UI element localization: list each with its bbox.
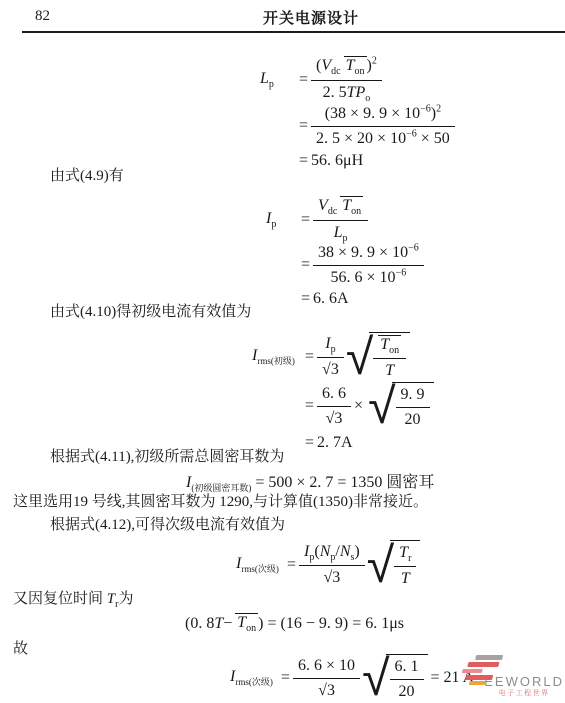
equals-sign: = xyxy=(301,290,310,308)
numerator: 9. 9 xyxy=(396,384,430,408)
math-exp: −6 xyxy=(420,103,431,114)
logo-bar-red xyxy=(467,662,499,667)
equals-sign: = xyxy=(301,211,310,229)
equals-sign: = xyxy=(305,434,314,452)
overline-ton: Ton xyxy=(378,335,401,356)
text-eq412: 根据式(4.12),可得次级电流有效值为 xyxy=(50,515,285,535)
logo-bar-gray xyxy=(475,655,503,660)
math-sub: r xyxy=(408,553,411,564)
equals-sign: = xyxy=(299,117,308,135)
text-segment: 又因复位时间 xyxy=(13,591,107,607)
fraction: Ip(Np/Ns) √3 xyxy=(299,541,365,589)
equation-ip: Ip = VdcTon Lp = 38 × 9. 9 × 10−6 56. 6 … xyxy=(266,197,424,311)
math-sub: on xyxy=(246,624,256,635)
fraction: 6. 1 20 xyxy=(390,656,424,703)
logo-title: EEWORLD xyxy=(484,675,564,689)
math-num: 2. 5 xyxy=(323,84,347,101)
math-sub: on xyxy=(389,345,399,356)
math-num: (0. 8 xyxy=(185,615,214,633)
numerator: 6. 1 xyxy=(390,656,424,680)
math-sub: p xyxy=(271,219,276,230)
equals-sign: = xyxy=(305,348,314,366)
fraction: Tr T xyxy=(394,542,416,590)
book-page: 82 开关电源设计 Lp = (VdcTon)2 2. 5TPo = (38 ×… xyxy=(0,0,565,703)
numerator: Tr xyxy=(394,542,416,567)
denominator: 20 xyxy=(390,680,424,703)
math-lhs: I(初级圆密耳数) xyxy=(186,474,251,491)
math-sub: rms(次级) xyxy=(235,678,273,688)
lp-line-3: = 56. 6μH xyxy=(260,149,455,173)
numerator: (VdcTon)2 xyxy=(311,55,382,80)
math-sub: on xyxy=(355,67,365,78)
lp-line-2: = (38 × 9. 9 × 10−6)2 2. 5 × 20 × 10−6 ×… xyxy=(260,103,455,149)
math-num: 2. 5 × 20 × 10 xyxy=(316,130,406,147)
math-var: TP xyxy=(347,84,366,101)
math-exp: −6 xyxy=(396,267,407,278)
denominator: 20 xyxy=(396,408,430,431)
lp-line-1: Lp = (VdcTon)2 2. 5TPo xyxy=(260,57,455,103)
denominator: 56. 6 × 10−6 xyxy=(313,266,424,289)
math-sub: p xyxy=(331,344,336,355)
math-result: 2. 7A xyxy=(317,434,353,452)
numerator: 6. 6 × 10 xyxy=(293,655,360,679)
overline-ton: Ton xyxy=(235,613,258,634)
logo-bar-orange xyxy=(469,681,486,685)
ip-line-1: Ip = VdcTon Lp xyxy=(266,197,424,243)
reset-line: (0. 8T − Ton) = (16 − 9. 9) = 6. 1μs xyxy=(185,611,404,637)
math-var: N xyxy=(340,543,351,560)
fraction: VdcTon Lp xyxy=(313,195,368,244)
math-sup: 2 xyxy=(436,103,441,114)
math-lhs: Irms(初级) xyxy=(252,347,302,366)
numerator: Ip(Np/Ns) xyxy=(299,541,365,566)
math-lhs: Irms(次级) xyxy=(230,668,278,687)
numerator: (38 × 9. 9 × 10−6)2 xyxy=(311,103,455,127)
math-exp: −6 xyxy=(406,128,417,139)
final-line: Irms(次级) = 6. 6 × 10 √3 √ 6. 1 20 = 21 A xyxy=(230,654,477,702)
paren: ) xyxy=(354,543,359,560)
sqrt: √ 6. 1 20 xyxy=(362,654,427,703)
sqrt: √ Tr T xyxy=(367,540,421,590)
math-lhs: Irms(次级) xyxy=(236,555,284,574)
page-number: 82 xyxy=(35,8,50,25)
ip-line-2: = 38 × 9. 9 × 10−6 56. 6 × 10−6 xyxy=(266,243,424,287)
equation-lp: Lp = (VdcTon)2 2. 5TPo = (38 × 9. 9 × 10… xyxy=(260,57,455,173)
denominator: √3 xyxy=(299,566,365,589)
math-result: 56. 6μH xyxy=(311,152,363,170)
logo-subtitle: 电子工程世界 xyxy=(484,689,564,698)
text-eq410: 由式(4.10)得初级电流有效值为 xyxy=(50,302,251,322)
math-sub: rms(次级) xyxy=(241,565,279,575)
fraction: (38 × 9. 9 × 10−6)2 2. 5 × 20 × 10−6 × 5… xyxy=(311,103,455,150)
irms1-line-2: = 6. 6 √3 × √ 9. 9 20 xyxy=(252,381,434,431)
math-sub: rms(初级) xyxy=(257,357,295,367)
math-sub: dc xyxy=(328,207,337,218)
text-reset-time: 又因复位时间 Tr为 xyxy=(13,589,133,610)
text-segment: 为 xyxy=(118,591,133,607)
header-rule xyxy=(22,31,565,33)
math-var: V xyxy=(318,197,328,214)
fraction: (VdcTon)2 2. 5TPo xyxy=(311,55,382,104)
math-sub: dc xyxy=(331,67,340,78)
numerator: Ton xyxy=(373,334,406,359)
denominator: √3 xyxy=(293,679,360,702)
math-var: T xyxy=(380,336,389,353)
numerator: 38 × 9. 9 × 10−6 xyxy=(313,242,424,266)
equation-reset-time: (0. 8T − Ton) = (16 − 9. 9) = 6. 1μs xyxy=(185,611,404,637)
numerator: VdcTon xyxy=(313,195,368,220)
math-var: T xyxy=(401,570,410,587)
text-wire-choice: 这里选用19 号线,其圆密耳数为 1290,与计算值(1350)非常接近。 xyxy=(13,492,428,512)
equals-sign: = xyxy=(281,669,290,687)
equals-sign: = xyxy=(299,152,308,170)
math-exp: −6 xyxy=(408,242,419,253)
text-eq411: 根据式(4.11),初级所需总圆密耳数为 xyxy=(50,447,284,467)
math-num: × 50 xyxy=(417,130,450,147)
ip-line-3: = 6. 6A xyxy=(266,287,424,311)
math-var: T xyxy=(342,197,351,214)
equation-irms-primary: Irms(初级) = Ip √3 √ Ton T = 6. 6 xyxy=(252,333,434,455)
math-var: N xyxy=(320,543,331,560)
fraction: 38 × 9. 9 × 10−6 56. 6 × 10−6 xyxy=(313,242,424,289)
denominator: √3 xyxy=(317,407,351,430)
denominator: √3 xyxy=(317,358,344,381)
logo-bar-lightred xyxy=(462,669,483,673)
math-var: L xyxy=(260,70,269,87)
numerator: Ip xyxy=(317,333,344,358)
denominator: 2. 5 × 20 × 10−6 × 50 xyxy=(311,127,455,150)
fraction: Ip √3 xyxy=(317,333,344,381)
math-sub: p xyxy=(269,79,274,90)
math-rhs: ) = (16 − 9. 9) = 6. 1μs xyxy=(258,615,404,633)
fraction: Ton T xyxy=(373,334,406,382)
eeworld-watermark: EEWORLD 电子工程世界 xyxy=(462,652,564,700)
radicand: 6. 1 20 xyxy=(386,654,428,703)
math-sup: 2 xyxy=(372,56,377,67)
overline-ton: Ton xyxy=(340,196,363,217)
text-eq49: 由式(4.9)有 xyxy=(50,166,124,186)
radicand: Ton T xyxy=(369,332,410,382)
equation-irms-secondary: Irms(次级) = Ip(Np/Ns) √3 √ Tr T xyxy=(236,540,420,590)
equals-sign: = xyxy=(301,256,310,274)
math-var: V xyxy=(321,57,331,74)
fraction: 9. 9 20 xyxy=(396,384,430,431)
equation-circular-mils: I(初级圆密耳数) = 500 × 2. 7 = 1350 圆密耳 xyxy=(186,469,434,493)
math-rhs: = 500 × 2. 7 = 1350 圆密耳 xyxy=(255,474,434,491)
irms2-line-1: Irms(次级) = Ip(Np/Ns) √3 √ Tr T xyxy=(236,540,420,590)
irms1-line-1: Irms(初级) = Ip √3 √ Ton T xyxy=(252,333,434,381)
math-lhs: Ip xyxy=(266,210,298,230)
numerator: 6. 6 xyxy=(317,383,351,407)
page-title: 开关电源设计 xyxy=(263,7,359,28)
equation-irms-secondary-value: Irms(次级) = 6. 6 × 10 √3 √ 6. 1 20 = 21 A xyxy=(230,654,477,702)
math-var: T xyxy=(107,591,115,607)
equals-sign: = xyxy=(305,397,314,415)
equals-sign: = xyxy=(299,71,308,89)
math-num: 56. 6 × 10 xyxy=(331,269,396,286)
math-var: L xyxy=(334,224,343,241)
math-sub: on xyxy=(351,207,361,218)
fraction: 6. 6 × 10 √3 xyxy=(293,655,360,702)
text-therefore: 故 xyxy=(13,639,28,659)
radicand: 9. 9 20 xyxy=(392,382,434,431)
sqrt: √ Ton T xyxy=(346,332,410,382)
radicand: Tr T xyxy=(390,540,420,590)
math-num: (38 × 9. 9 × 10 xyxy=(325,105,420,122)
math-result: 6. 6A xyxy=(313,290,349,308)
minus-sign: − xyxy=(223,615,232,633)
math-num: 38 × 9. 9 × 10 xyxy=(318,244,408,261)
math-var: T xyxy=(237,614,246,631)
equals-sign: = xyxy=(287,556,296,574)
fraction: 6. 6 √3 xyxy=(317,383,351,430)
math-var: T xyxy=(346,57,355,74)
logo-bar-red xyxy=(465,675,493,680)
denominator: T xyxy=(394,567,416,590)
times-sign: × xyxy=(354,397,363,415)
denominator: 2. 5TPo xyxy=(311,81,382,105)
overline-ton: Ton xyxy=(344,56,367,77)
math-lhs: Lp xyxy=(260,70,296,90)
math-var: T xyxy=(214,615,223,633)
sqrt: √ 9. 9 20 xyxy=(368,382,433,431)
math-var: T xyxy=(399,544,408,561)
